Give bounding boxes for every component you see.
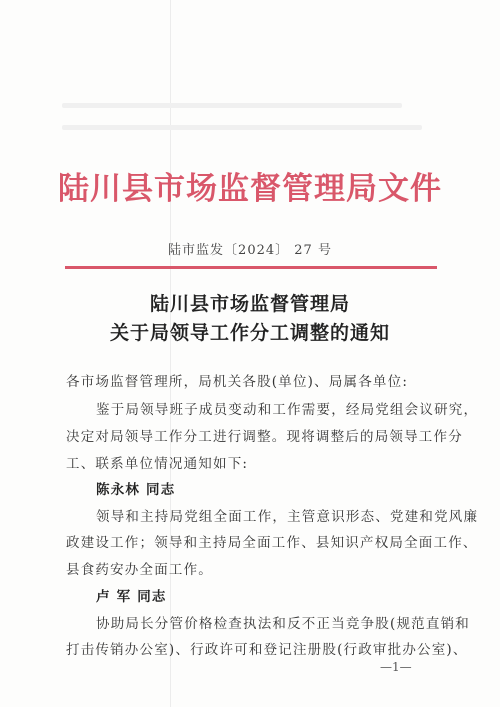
leader-duty-line: 打击传销办公室)、行政许可和登记注册股(行政审批办公室)、 <box>66 638 468 658</box>
document-header-title: 陆川县市场监督管理局文件 <box>0 163 500 208</box>
intro-line: 决定对局领导工作分工进行调整。现将调整后的局领导工作分 <box>66 425 463 445</box>
red-divider-line <box>65 266 437 269</box>
addressee: 各市场监督管理所，局机关各股(单位)、局属各单位: <box>66 370 408 390</box>
leader-duty-line: 协助局长分管价格检查执法和反不正当竞争股(规范直销和 <box>96 612 470 632</box>
leader-name: 陈永林 同志 <box>96 478 175 498</box>
document-number: 陆市监发〔2024〕 27 号 <box>0 239 500 258</box>
intro-line: 鉴于局领导班子成员变动和工作需要，经局党组会议研究， <box>96 398 478 418</box>
bleed-through-text <box>62 103 402 108</box>
notice-title-line-2: 关于局领导工作分工调整的通知 <box>0 318 500 345</box>
leader-duty-line: 县食药安办全面工作。 <box>66 558 213 578</box>
bleed-through-text <box>62 125 422 130</box>
leader-duty-line: 政建设工作；领导和主持局全面工作、县知识产权局全面工作、 <box>66 531 478 551</box>
leader-duty-line: 领导和主持局党组全面工作，主管意识形态、党建和党风廉 <box>96 505 478 525</box>
page-number: —1— <box>380 660 412 674</box>
notice-title-line-1: 陆川县市场监督管理局 <box>0 289 500 316</box>
leader-name: 卢 军 同志 <box>96 585 167 605</box>
intro-line: 工、联系单位情况通知如下: <box>66 452 248 472</box>
